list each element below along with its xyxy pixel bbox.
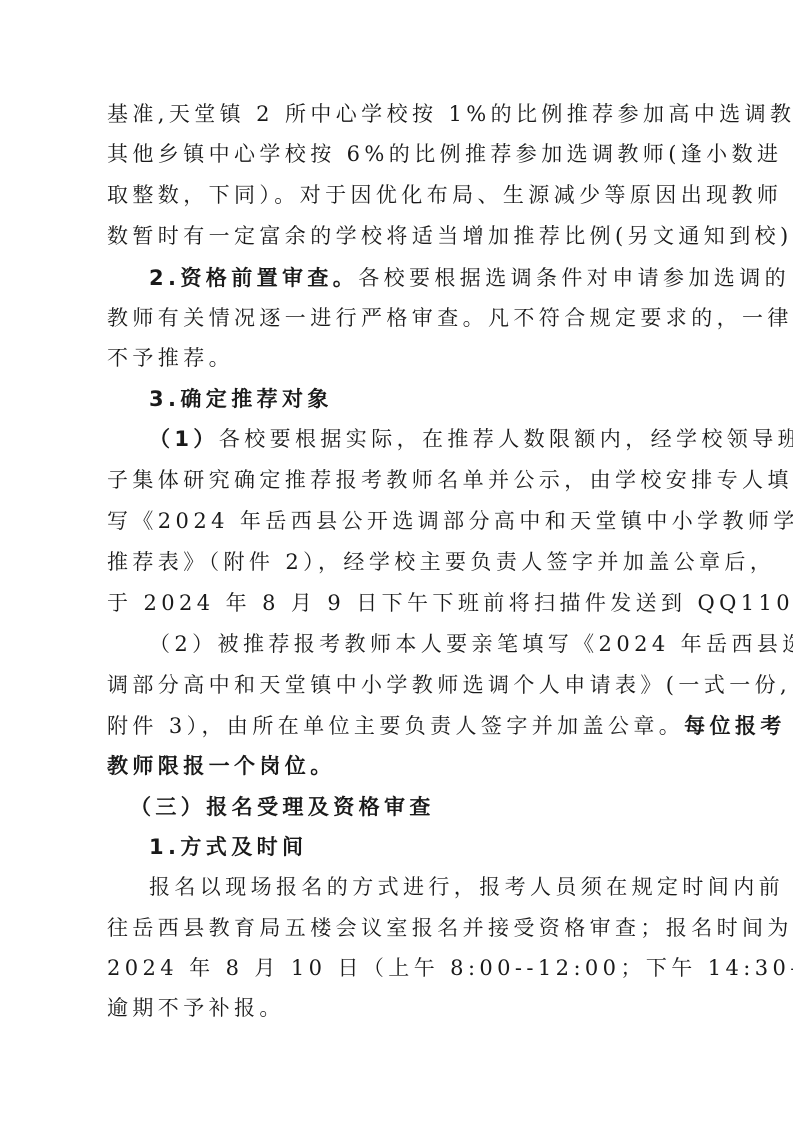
paragraph-line: 子集体研究确定推荐报考教师名单并公示，由学校安排专人填 — [107, 465, 692, 495]
paragraph-text: 各校要根据实际，在推荐人数限额内，经学校领导班 — [219, 427, 793, 451]
paragraph-line: 调部分高中和天堂镇中小学教师选调个人申请表》(一式一份, — [107, 670, 692, 700]
section-heading-registration: （三）报名受理及资格审查 — [130, 792, 673, 822]
emphasis-line: 教师限报一个岗位。 — [107, 751, 692, 781]
document-page: 基准,天堂镇 2 所中心学校按 1%的比例推荐参加高中选调教师; 其他乡镇中心学… — [0, 0, 793, 1122]
paragraph-line: 推荐表》（附件 2），经学校主要负责人签字并加盖公章后， — [107, 547, 692, 577]
paragraph-text: 附件 3），由所在单位主要负责人签字并加盖公章。 — [107, 714, 684, 738]
paragraph-line: 其他乡镇中心学校按 6%的比例推荐参加选调教师(逢小数进 1, — [107, 139, 692, 169]
subheading-qualification-review: 2.资格前置审查。 — [149, 266, 358, 290]
subheading-method-time: 1.方式及时间 — [149, 832, 692, 862]
paragraph-line: 报名以现场报名的方式进行，报考人员须在规定时间内前 — [149, 872, 692, 902]
paragraph-line: （1）各校要根据实际，在推荐人数限额内，经学校领导班 — [149, 424, 692, 454]
paragraph-text: 各校要根据选调条件对申请参加选调的 — [358, 266, 790, 290]
item-number: （1） — [149, 427, 219, 451]
paragraph-line: 于 2024 年 8 月 9 日下午下班前将扫描件发送到 QQ110363946… — [107, 588, 692, 618]
paragraph-line: 基准,天堂镇 2 所中心学校按 1%的比例推荐参加高中选调教师; — [107, 99, 692, 129]
subheading-recommend-targets: 3.确定推荐对象 — [149, 384, 692, 414]
paragraph-line: （2）被推荐报考教师本人要亲笔填写《2024 年岳西县选 — [149, 629, 692, 659]
section-qualification-review: 2.资格前置审查。各校要根据选调条件对申请参加选调的 — [149, 263, 692, 293]
paragraph-line: 逾期不予补报。 — [107, 993, 692, 1023]
paragraph-line: 附件 3），由所在单位主要负责人签字并加盖公章。每位报考 — [107, 711, 692, 741]
paragraph-line: 教师有关情况逐一进行严格审查。凡不符合规定要求的，一律 — [107, 303, 692, 333]
paragraph-line: 2024 年 8 月 10 日（上午 8:00--12:00；下午 14:30—… — [107, 953, 692, 983]
paragraph-line: 数暂时有一定富余的学校将适当增加推荐比例(另文通知到校)。 — [107, 221, 692, 251]
paragraph-line: 取整数，下同）。对于因优化布局、生源减少等原因出现教师 — [107, 180, 692, 210]
emphasis-text: 每位报考 — [684, 714, 786, 738]
paragraph-line: 往岳西县教育局五楼会议室报名并接受资格审查；报名时间为 — [107, 913, 692, 943]
paragraph-line: 写《2024 年岳西县公开选调部分高中和天堂镇中小学教师学校 — [107, 506, 692, 536]
paragraph-line: 不予推荐。 — [107, 343, 692, 373]
